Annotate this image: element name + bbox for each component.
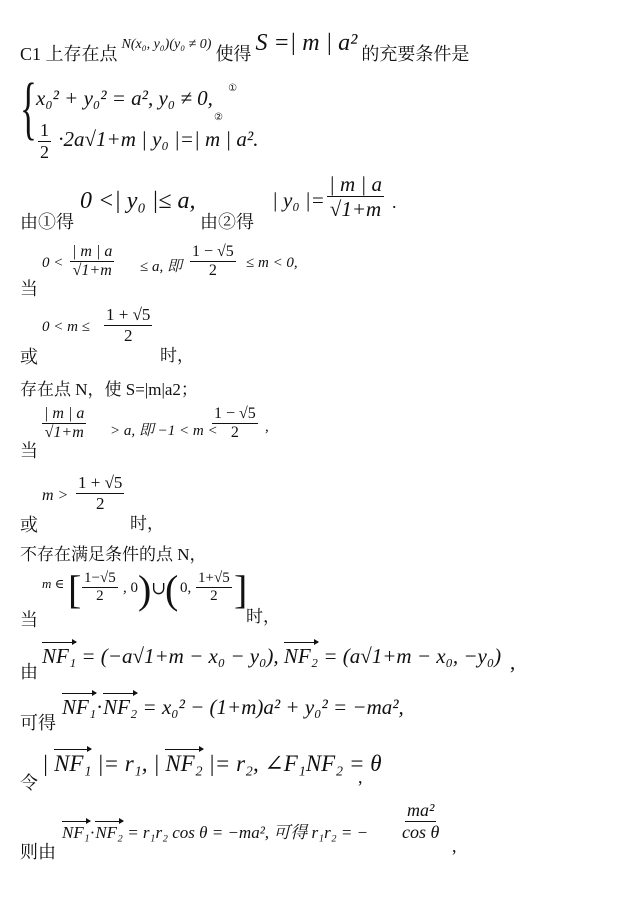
right-paren: ) [138,570,151,610]
equation-1: x₀² + y₀² = a², y₀ ≠ 0, ① [36,86,227,111]
bound-fraction: 1 − √5 2 [212,405,258,443]
or-label: 或 [20,343,38,369]
half-fraction: 1 2 [38,120,51,162]
line-6: 存在点 N，使 S=|m|a2； [20,375,198,400]
when-label: 当 [20,275,38,301]
from-eq2-label: 由②得 [200,208,254,234]
left-paren: ( [165,570,178,610]
line-9: 不存在满足条件的点 N， [20,540,207,565]
vector-nf1: NF₁ [42,644,76,669]
circled-2: ② [214,112,223,123]
interval-lower: 1−√5 2 [82,570,118,606]
circled-1: ① [228,83,237,94]
interval-upper: 1+√5 2 [196,570,232,606]
condition-fraction: | m | a √1+m [70,243,114,281]
line-1-middle: 使得 [215,44,251,64]
lower-bound-fraction: 1 − √5 2 [190,243,236,281]
vector-nf1: NF₁ [62,823,90,843]
vector-nf1: NF₁ [54,751,91,777]
y0-range: 0 <| y₀ |≤ a, [80,188,196,215]
from-eq1-label: 由①得 [20,208,74,234]
area-formula: S =| m | a² [255,30,357,56]
union-symbol: ∪ [151,578,166,599]
ratio-fraction: | m | a √1+m [42,405,86,443]
point-n: N(x₀, y₀)(y₀ ≠ 0) [122,37,212,52]
m-bound-fraction: 1 + √5 2 [76,473,124,513]
vector-nf2: NF₂ [95,823,123,843]
upper-bound-fraction: 1 + √5 2 [104,305,152,345]
r1r2-fraction: ma² cos θ [400,800,441,842]
line-1-suffix: 的充要条件是 [361,44,469,64]
vector-nf2: NF₂ [103,695,137,720]
period: . [392,192,397,213]
y0-abs-lhs: | y₀ |= [272,188,325,213]
vector-nf2: NF₂ [284,644,318,669]
y0-fraction: | m | a √1+m [327,172,384,221]
line-1-prefix: C1 上存在点 [20,44,118,64]
left-square-bracket: [ [68,570,81,610]
vector-nf2: NF₂ [165,751,202,777]
vector-nf1: NF₁ [62,695,96,720]
line-1: C1 上存在点 N(x₀, y₀)(y₀ ≠ 0) 使得 S =| m | a²… [20,30,469,70]
left-brace: { [20,74,37,144]
equation-2: 1 2 ·2a√1+m | y₀ |=| m | a². ② [36,120,258,162]
